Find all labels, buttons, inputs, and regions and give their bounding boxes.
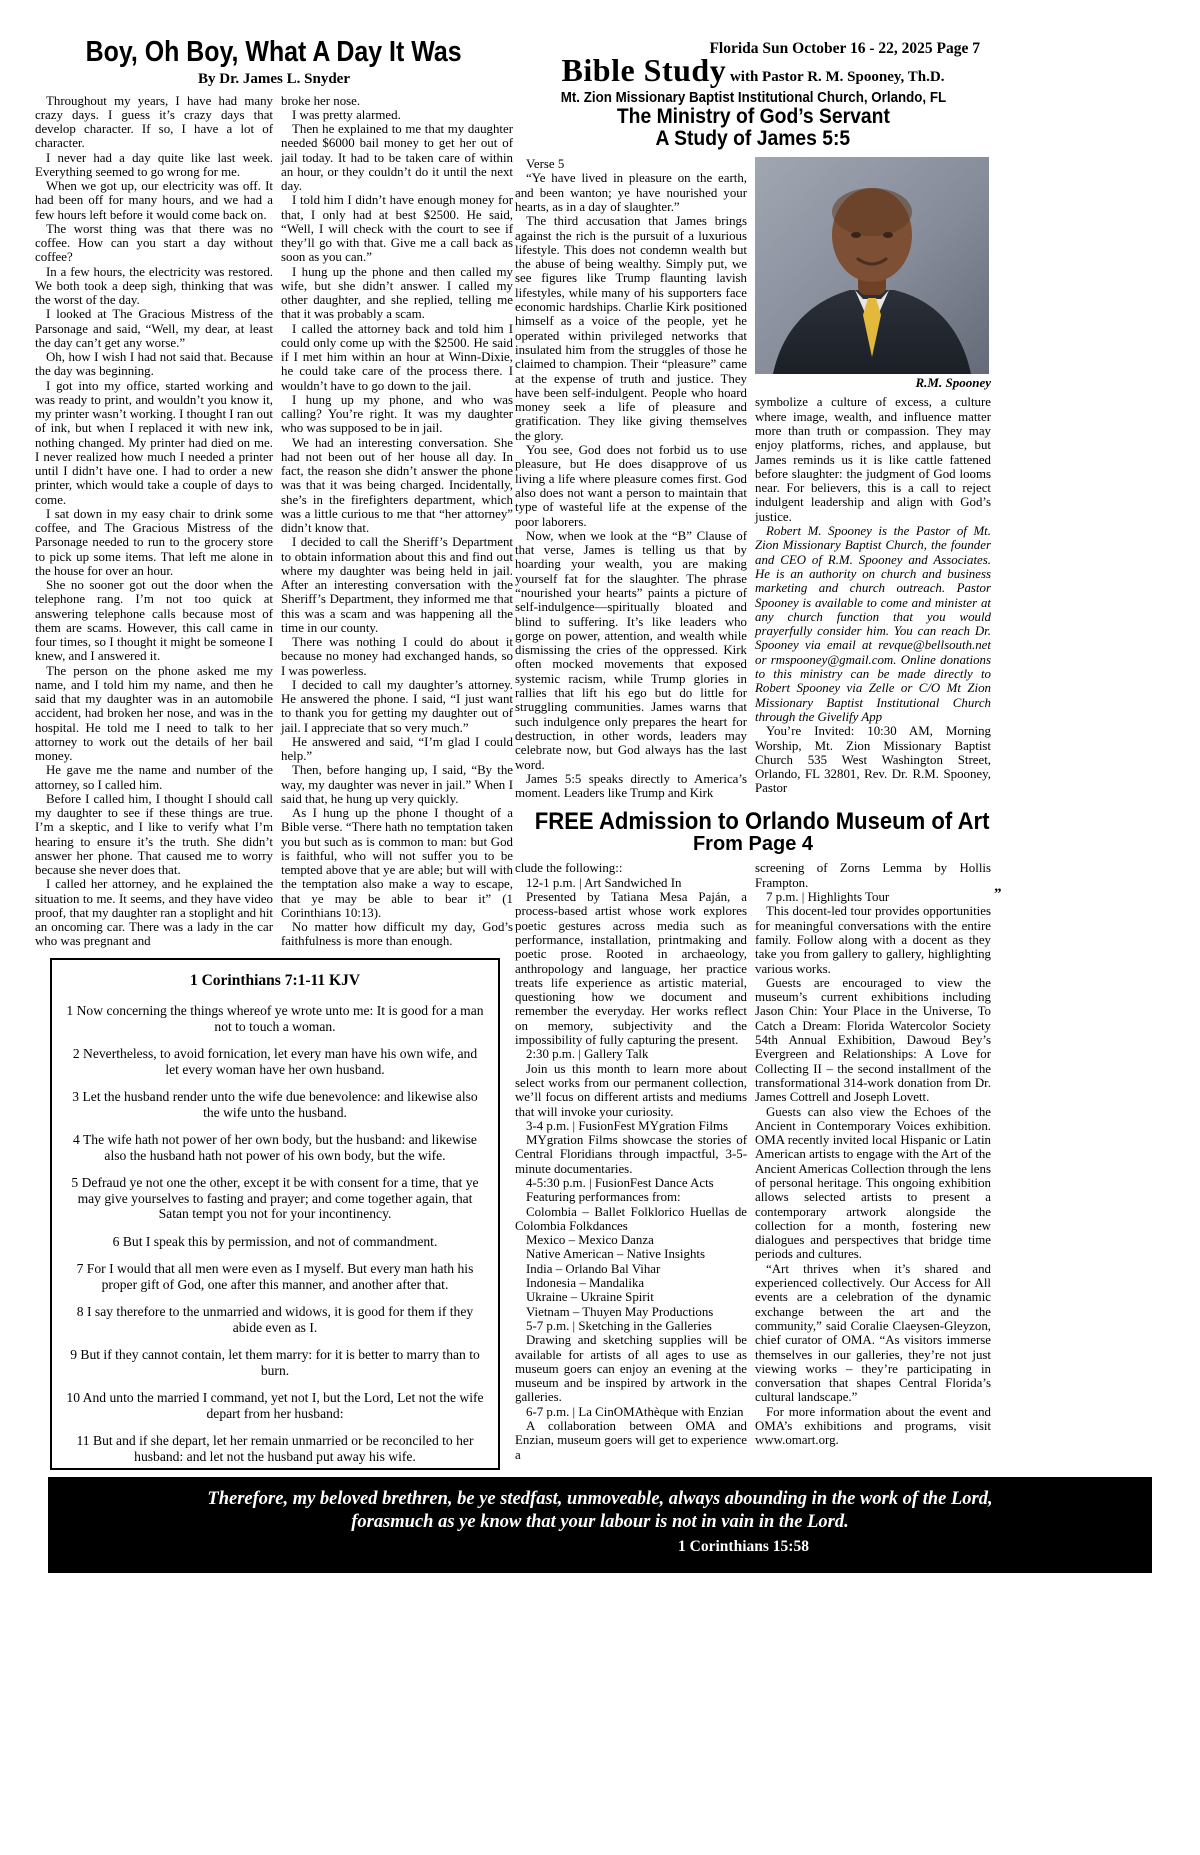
verse: 6 But I speak this by permission, and no…: [65, 1234, 485, 1250]
sermon-title-line1: The Ministry of God’s Servant: [515, 106, 991, 128]
paragraph: broke her nose.: [281, 94, 513, 108]
paragraph: The worst thing was that there was no co…: [35, 222, 273, 265]
paragraph: 5-7 p.m. | Sketching in the Galleries: [515, 1319, 747, 1333]
paragraph: He answered and said, “I’m glad I could …: [281, 735, 513, 764]
paragraph: MYgration Films showcase the stories of …: [515, 1133, 747, 1176]
paragraph: As I hung up the phone I thought of a Bi…: [281, 806, 513, 920]
scripture-box: 1 Corinthians 7:1-11 KJV 1 Now concernin…: [50, 958, 500, 1470]
museum-title-text: FREE Admission to Orlando Museum of Art: [535, 810, 990, 834]
paragraph: I was pretty alarmed.: [281, 108, 513, 122]
paragraph: A collaboration between OMA and Enzian, …: [515, 1419, 747, 1462]
museum-subtitle: From Page 4: [515, 834, 991, 855]
paragraph: Indonesia – Mandalika: [515, 1276, 747, 1290]
paragraph: I sat down in my easy chair to drink som…: [35, 507, 273, 578]
article-column-1: Throughout my years, I have had many cra…: [35, 94, 273, 949]
banner-citation: 1 Corinthians 15:58: [335, 1538, 1152, 1556]
paragraph: James 5:5 speaks directly to America’s m…: [515, 772, 747, 801]
verse: 10 And unto the married I command, yet n…: [65, 1390, 485, 1421]
paragraph: I decided to call my daughter’s attorney…: [281, 678, 513, 735]
paragraph: Join us this month to learn more about s…: [515, 1062, 747, 1119]
paragraph: 2:30 p.m. | Gallery Talk: [515, 1047, 747, 1061]
paragraph: He gave me the name and number of the at…: [35, 763, 273, 792]
museum-column-1: clude the following::12-1 p.m. | Art San…: [515, 861, 747, 1461]
paragraph: I never had a day quite like last week. …: [35, 151, 273, 180]
paragraph: I decided to call the Sheriff’s Departme…: [281, 535, 513, 635]
museum-column-2: screening of Zorns Lemma by Hollis Framp…: [755, 861, 991, 1461]
paragraph: I called her attorney, and he explained …: [35, 877, 273, 948]
paragraph: Then, before hanging up, I said, “By the…: [281, 763, 513, 806]
banner-line-2: forasmuch as ye know that your labour is…: [48, 1511, 1152, 1534]
paragraph: Verse 5: [515, 157, 747, 171]
paragraph: 4-5:30 p.m. | FusionFest Dance Acts: [515, 1176, 747, 1190]
bible-study-heading: Bible Study with Pastor R. M. Spooney, T…: [515, 52, 991, 89]
article-boy-oh-boy: Boy, Oh Boy, What A Day It Was By Dr. Ja…: [35, 38, 513, 949]
paragraph: Guests are encouraged to view the museum…: [755, 976, 991, 1105]
paragraph: 6-7 p.m. | La CinOMAthèque with Enzian: [515, 1405, 747, 1419]
paragraph: Ukraine – Ukraine Spirit: [515, 1290, 747, 1304]
verse: 2 Nevertheless, to avoid fornication, le…: [65, 1046, 485, 1077]
paragraph: You see, God does not forbid us to use p…: [515, 443, 747, 529]
bible-study-section: Bible Study with Pastor R. M. Spooney, T…: [515, 52, 991, 810]
article-columns: Throughout my years, I have had many cra…: [35, 94, 513, 949]
paragraph: Before I called him, I thought I should …: [35, 792, 273, 878]
paragraph: I told him I didn’t have enough money fo…: [281, 193, 513, 264]
sermon-title-text2: A Study of James 5:5: [656, 128, 851, 150]
paragraph: 12-1 p.m. | Art Sandwiched In: [515, 876, 747, 890]
paragraph: Now, when we look at the “B” Clause of t…: [515, 529, 747, 772]
paragraph: symbolize a culture of excess, a culture…: [755, 395, 991, 524]
museum-article: FREE Admission to Orlando Museum of Art …: [515, 810, 991, 1462]
newspaper-page: Florida Sun October 16 - 22, 2025 Page 7…: [0, 0, 1200, 1855]
invitation-paragraph: You’re Invited: 10:30 AM, Morning Worshi…: [755, 724, 991, 795]
bible-study-pastor: with Pastor R. M. Spooney, Th.D.: [726, 69, 944, 85]
paragraph: The third accusation that James brings a…: [515, 214, 747, 443]
paragraph: screening of Zorns Lemma by Hollis Framp…: [755, 861, 991, 890]
paragraph: Mexico – Mexico Danza: [515, 1233, 747, 1247]
church-name-text: Mt. Zion Missionary Baptist Institutiona…: [560, 90, 945, 106]
scripture-box-title: 1 Corinthians 7:1-11 KJV: [65, 972, 485, 990]
paragraph: 7 p.m. | Highlights Tour: [755, 890, 991, 904]
verse: 8 I say therefore to the unmarried and w…: [65, 1304, 485, 1335]
sermon-title-line2: A Study of James 5:5: [515, 128, 991, 150]
church-name-line: Mt. Zion Missionary Baptist Institutiona…: [515, 90, 991, 106]
paragraph: “Art thrives when it’s shared and experi…: [755, 1262, 991, 1405]
article-title: Boy, Oh Boy, What A Day It Was: [35, 38, 513, 68]
paragraph: Vietnam – Thuyen May Productions: [515, 1305, 747, 1319]
verse: 3 Let the husband render unto the wife d…: [65, 1089, 485, 1120]
paragraph: In a few hours, the electricity was rest…: [35, 265, 273, 308]
paragraph: There was nothing I could do about it be…: [281, 635, 513, 678]
verse: 11 But and if she depart, let her remain…: [65, 1433, 485, 1464]
paragraph: For more information about the event and…: [755, 1405, 991, 1448]
paragraph: I hung up the phone and then called my w…: [281, 265, 513, 322]
paragraph: I looked at The Gracious Mistress of the…: [35, 307, 273, 350]
paragraph: Presented by Tatiana Mesa Paján, a proce…: [515, 890, 747, 1047]
banner-line-1: Therefore, my beloved brethren, be ye st…: [48, 1488, 1152, 1511]
bible-study-title: Bible Study: [562, 52, 727, 88]
pastor-bio-paragraph: Robert M. Spooney is the Pastor of Mt. Z…: [755, 524, 991, 724]
paragraph: clude the following::: [515, 861, 747, 875]
paragraph: No matter how difficult my day, God’s fa…: [281, 920, 513, 949]
museum-title: FREE Admission to Orlando Museum of Art: [515, 810, 991, 834]
scripture-verses: 1 Now concerning the things whereof ye w…: [65, 1003, 485, 1464]
sermon-title-text1: The Ministry of God’s Servant: [616, 106, 889, 128]
paragraph: India – Orlando Bal Vihar: [515, 1262, 747, 1276]
article-title-text: Boy, Oh Boy, What A Day It Was: [86, 38, 462, 68]
paragraph: The person on the phone asked me my name…: [35, 664, 273, 764]
paragraph: I hung up my phone, and who was calling?…: [281, 393, 513, 436]
bible-column-2: R.M. Spooney symbolize a culture of exce…: [755, 157, 991, 800]
bible-column-1: Verse 5“Ye have lived in pleasure on the…: [515, 157, 747, 800]
paragraph: 3-4 p.m. | FusionFest MYgration Films: [515, 1119, 747, 1133]
photo-caption: R.M. Spooney: [755, 376, 991, 390]
paragraph: She no sooner got out the door when the …: [35, 578, 273, 664]
paragraph: Colombia – Ballet Folklorico Huellas de …: [515, 1205, 747, 1234]
paragraph: “Ye have lived in pleasure on the earth,…: [515, 171, 747, 214]
verse: 7 For I would that all men were even as …: [65, 1261, 485, 1292]
article-column-2: broke her nose.I was pretty alarmed.Then…: [281, 94, 513, 949]
paragraph: This docent-led tour provides opportunit…: [755, 904, 991, 975]
verse: 9 But if they cannot contain, let them m…: [65, 1347, 485, 1378]
paragraph: We had an interesting conversation. She …: [281, 436, 513, 536]
paragraph: Drawing and sketching supplies will be a…: [515, 1333, 747, 1404]
paragraph: Oh, how I wish I had not said that. Beca…: [35, 350, 273, 379]
scripture-banner: Therefore, my beloved brethren, be ye st…: [48, 1477, 1152, 1573]
pastor-photo: [755, 157, 989, 374]
bible-study-columns: Verse 5“Ye have lived in pleasure on the…: [515, 157, 991, 800]
paragraph: Native American – Native Insights: [515, 1247, 747, 1261]
museum-columns: clude the following::12-1 p.m. | Art San…: [515, 861, 991, 1461]
verse: 5 Defraud ye not one the other, except i…: [65, 1175, 485, 1222]
paragraph: I called the attorney back and told him …: [281, 322, 513, 393]
verse: 1 Now concerning the things whereof ye w…: [65, 1003, 485, 1034]
paragraph: I got into my office, started working an…: [35, 379, 273, 507]
article-byline: By Dr. James L. Snyder: [35, 71, 513, 88]
paragraph: Then he explained to me that my daughter…: [281, 122, 513, 193]
paragraph: Throughout my years, I have had many cra…: [35, 94, 273, 151]
paragraph: Guests can also view the Echoes of the A…: [755, 1105, 991, 1262]
verse: 4 The wife hath not power of her own bod…: [65, 1132, 485, 1163]
stray-quote-mark: ”: [994, 886, 1002, 903]
paragraph: Featuring performances from:: [515, 1190, 747, 1204]
paragraph: When we got up, our electricity was off.…: [35, 179, 273, 222]
